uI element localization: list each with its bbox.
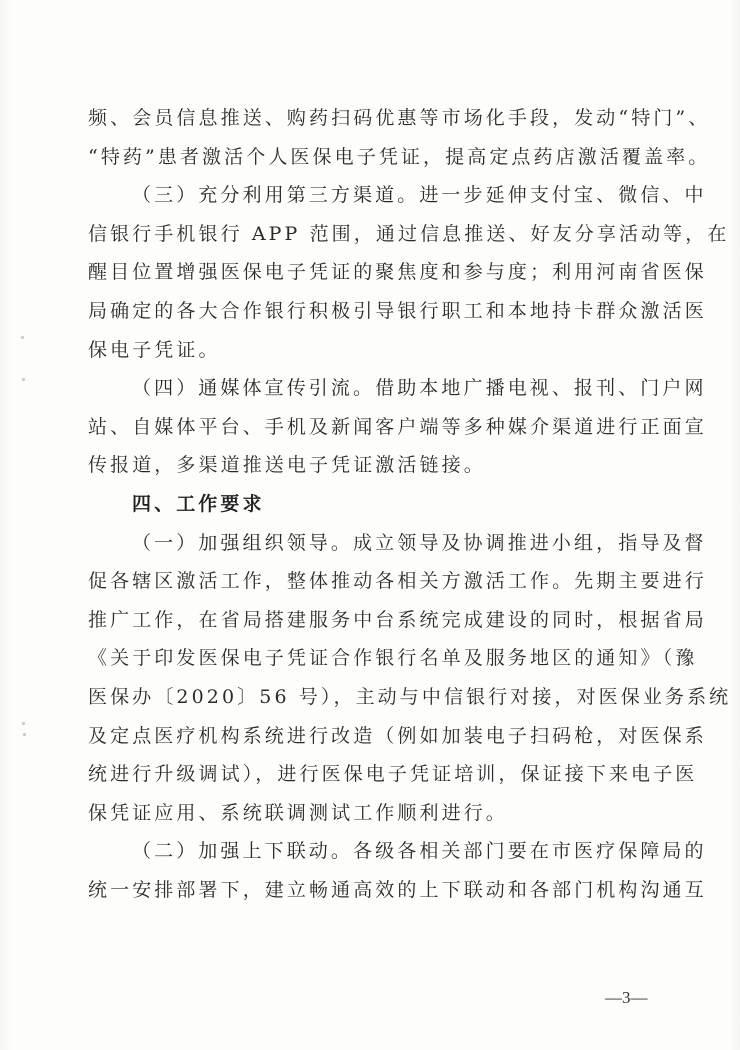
subsection-title: （一）加强组织领导。 xyxy=(132,532,353,554)
paragraph-line: 促各辖区激活工作，整体推动各相关方激活工作。先期主要进行 xyxy=(88,562,672,601)
document-body: 频、会员信息推送、购药扫码优惠等市场化手段，发动“特门”、 “特药”患者激活个人… xyxy=(88,99,672,909)
binding-hole-mark xyxy=(22,722,25,725)
paragraph-line: 及定点医疗机构系统进行改造（例如加装电子扫码枪，对医保系 xyxy=(88,717,672,756)
paragraph-line: （二）加强上下联动。各级各相关部门要在市医疗保障局的 xyxy=(88,832,672,871)
subsection-title: （二）加强上下联动。 xyxy=(132,840,353,862)
paragraph-line: 信银行手机银行 APP 范围，通过信息推送、好友分享活动等，在 xyxy=(88,215,672,254)
paragraph-text: 借助本地广播电视、报刊、门户网 xyxy=(375,377,707,399)
subsection-title: （四）通媒体宣传引流。 xyxy=(132,377,375,399)
paragraph-text: 进一步延伸支付宝、微信、中 xyxy=(419,184,706,206)
paragraph-line: （一）加强组织领导。成立领导及协调推进小组，指导及督 xyxy=(88,524,672,563)
paragraph-line: 频、会员信息推送、购药扫码优惠等市场化手段，发动“特门”、 xyxy=(88,99,672,138)
binding-hole-mark xyxy=(22,378,25,381)
subsection-title: （三）充分利用第三方渠道。 xyxy=(132,184,419,206)
paragraph-line: （四）通媒体宣传引流。借助本地广播电视、报刊、门户网 xyxy=(88,369,672,408)
paragraph-line: 统一安排部署下，建立畅通高效的上下联动和各部门机构沟通互 xyxy=(88,871,672,910)
paragraph-line: 传报道，多渠道推送电子凭证激活链接。 xyxy=(88,446,672,485)
paragraph-line: 推广工作，在省局搭建服务中台系统完成建设的同时，根据省局 xyxy=(88,601,672,640)
paragraph-line: （三）充分利用第三方渠道。进一步延伸支付宝、微信、中 xyxy=(88,176,672,215)
paragraph-line: 医保办〔2020〕56 号），主动与中信银行对接，对医保业务系统 xyxy=(88,678,672,717)
binding-hole-mark xyxy=(23,733,26,736)
paragraph-line: 统进行升级调试），进行医保电子凭证培训，保证接下来电子医 xyxy=(88,755,672,794)
paragraph-line: 局确定的各大合作银行积极引导银行职工和本地持卡群众激活医 xyxy=(88,292,672,331)
paragraph-text: 成立领导及协调推进小组，指导及督 xyxy=(353,532,707,554)
binding-hole-mark xyxy=(21,336,24,339)
section-heading: 四、工作要求 xyxy=(88,485,672,524)
paragraph-line: 保电子凭证。 xyxy=(88,331,672,370)
page-number: —3— xyxy=(605,988,648,1008)
paragraph-line: 站、自媒体平台、手机及新闻客户端等多种媒介渠道进行正面宣 xyxy=(88,408,672,447)
document-page: 频、会员信息推送、购药扫码优惠等市场化手段，发动“特门”、 “特药”患者激活个人… xyxy=(0,0,740,1050)
paragraph-line: “特药”患者激活个人医保电子凭证，提高定点药店激活覆盖率。 xyxy=(88,138,672,177)
paragraph-line: 保凭证应用、系统联调测试工作顺利进行。 xyxy=(88,794,672,833)
paragraph-text: 各级各相关部门要在市医疗保障局的 xyxy=(353,840,707,862)
paragraph-line: 《关于印发医保电子凭证合作银行名单及服务地区的通知》（豫 xyxy=(88,639,672,678)
paragraph-line: 醒目位置增强医保电子凭证的聚焦度和参与度；利用河南省医保 xyxy=(88,253,672,292)
